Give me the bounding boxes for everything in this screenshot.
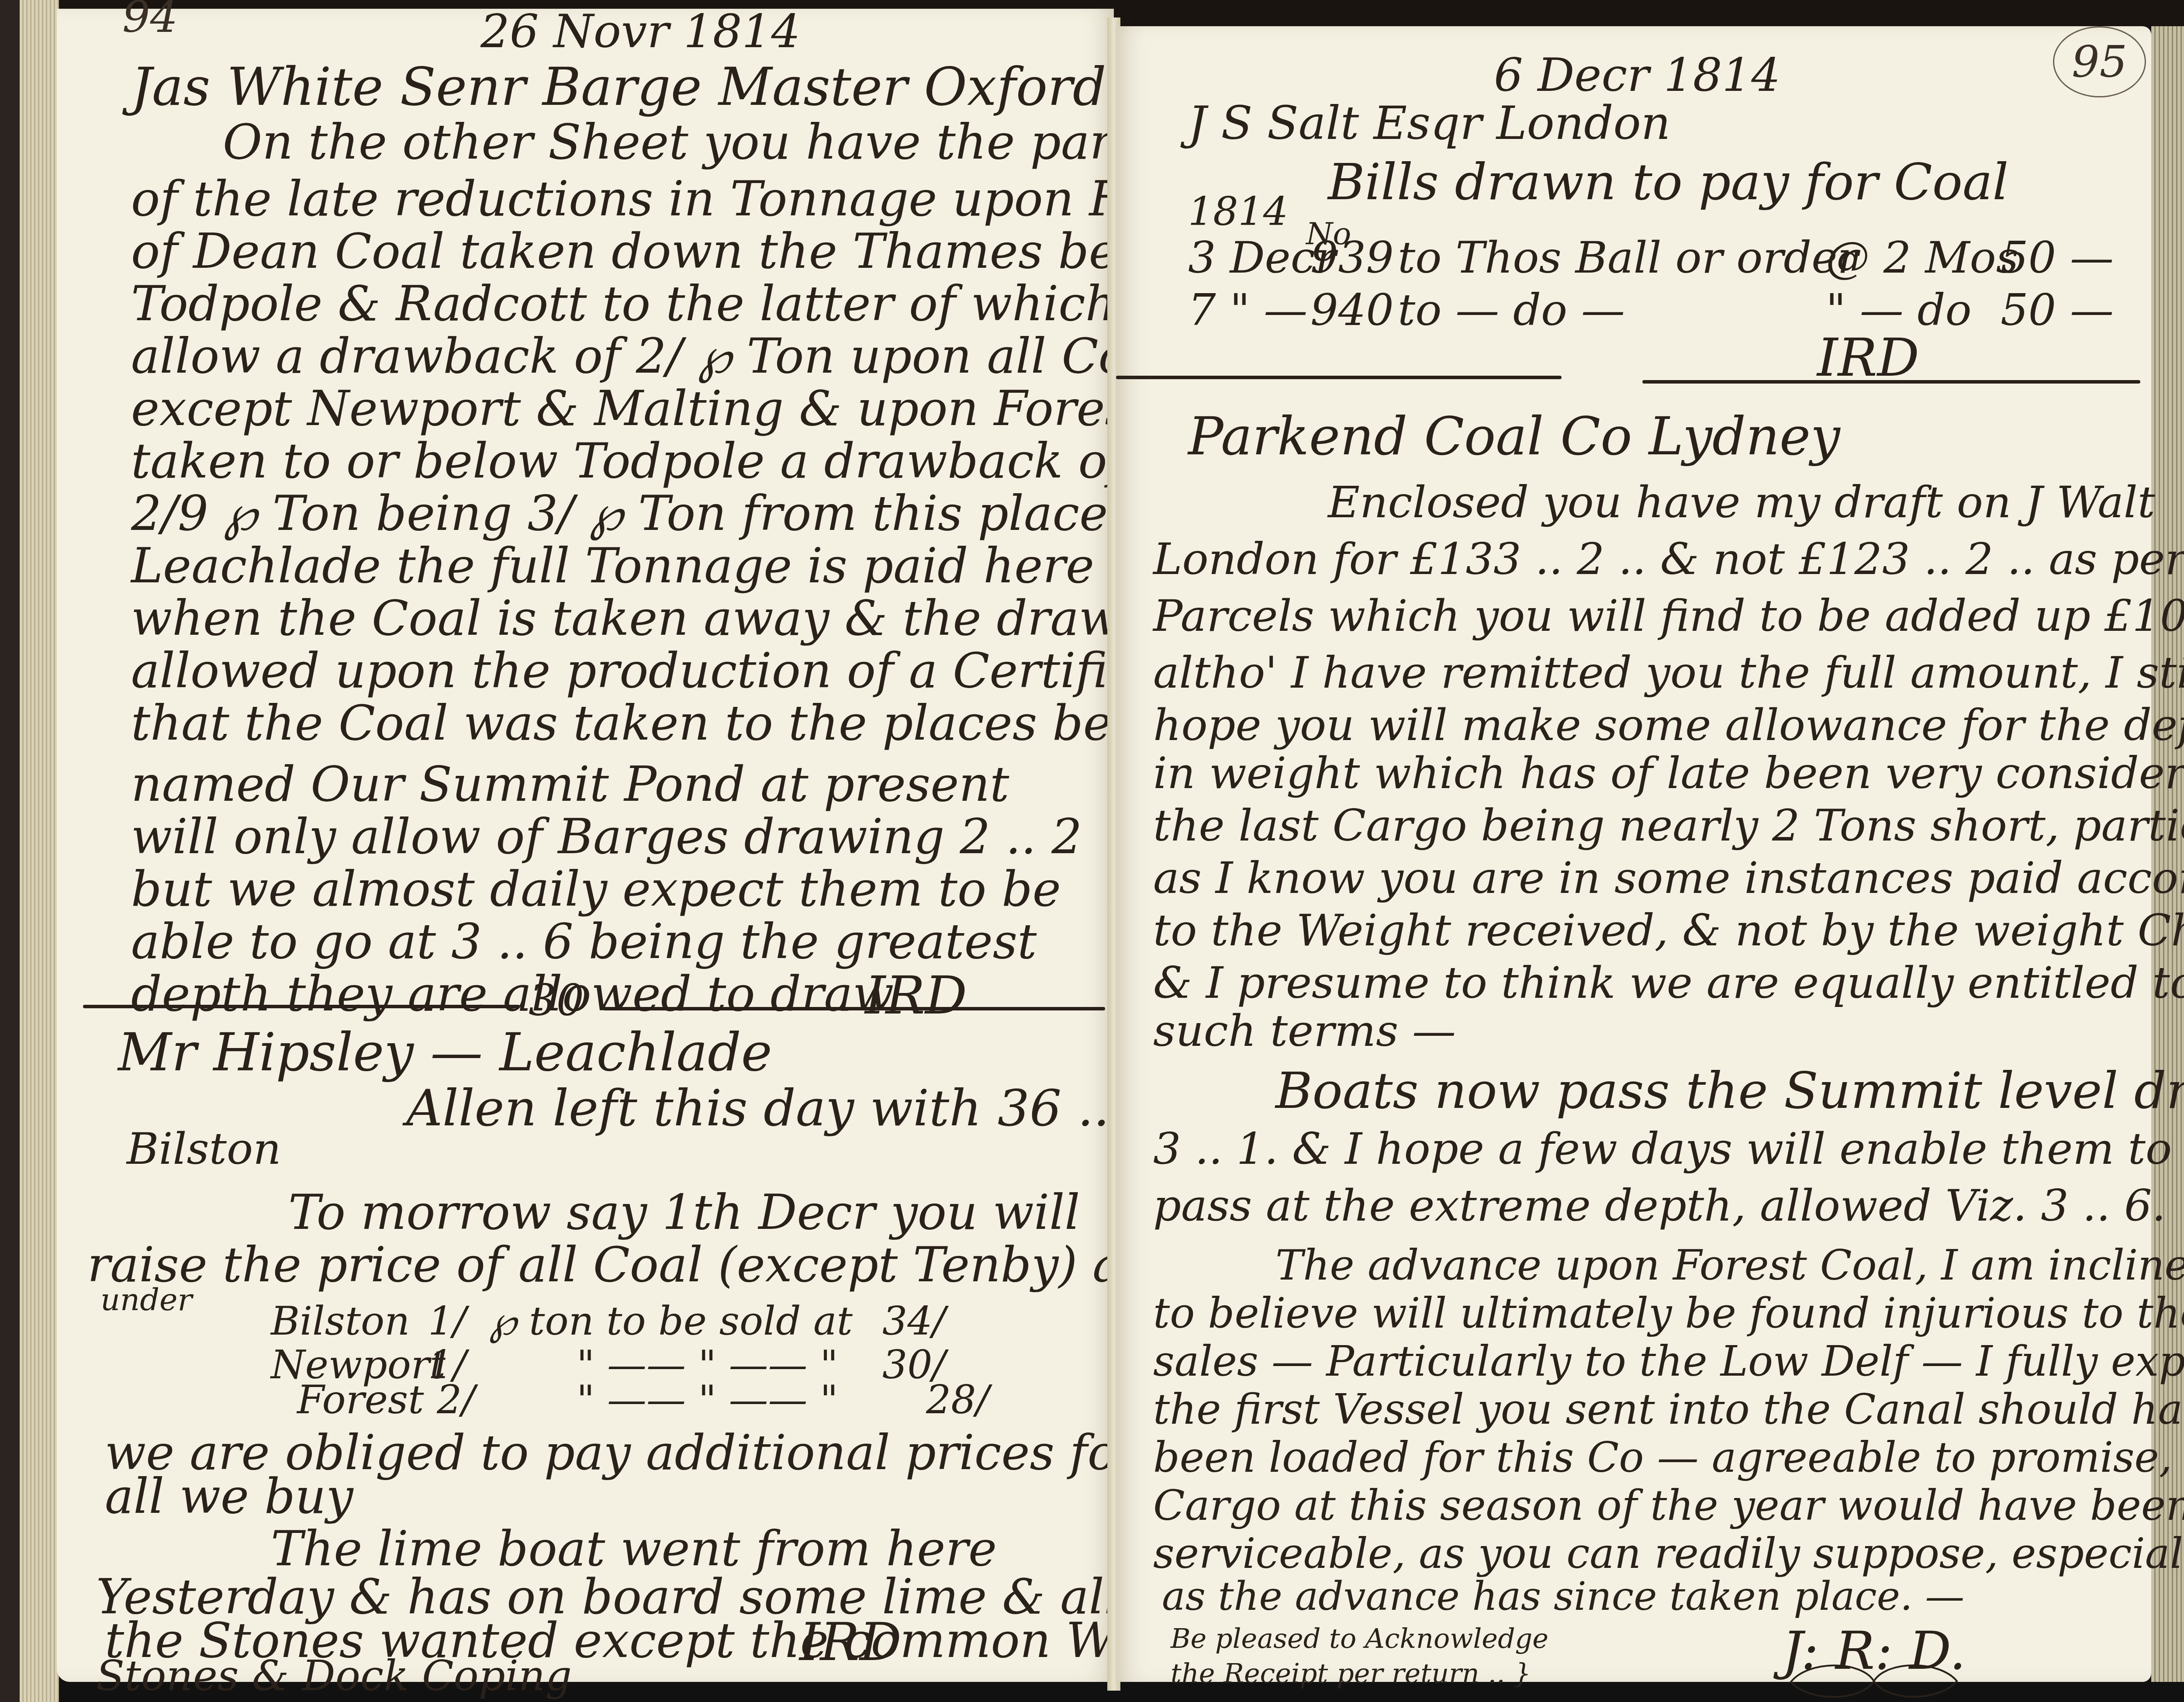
- body-line: 3 .. 1. & I hope a few days will enable …: [1153, 1127, 2172, 1171]
- signature: IRD: [865, 970, 967, 1022]
- divider-rule: [1116, 376, 1562, 379]
- body-line: altho' I have remitted you the full amou…: [1153, 651, 2184, 695]
- body-line: Enclosed you have my draft on J Walt: [1328, 481, 2155, 524]
- page-number-left: 94: [122, 0, 178, 42]
- letter-addressee: J S Salt Esqr London: [1188, 100, 1670, 146]
- body-line: in weight which has of late been very co…: [1153, 751, 2184, 795]
- body-line: allowed upon the production of a Certifi…: [131, 647, 1211, 695]
- postscript-line: the Receipt per return .. }: [1171, 1660, 1531, 1687]
- body-line: Leachlade the full Tonnage is paid here: [131, 542, 1094, 590]
- price: 34/: [882, 1302, 946, 1341]
- bills-heading: Bills drawn to pay for Coal: [1328, 157, 2008, 208]
- body-line: serviceable, as you can readily suppose,…: [1153, 1533, 2184, 1575]
- body-line: to the Weight received, & not by the wei…: [1153, 909, 2184, 952]
- left-binding: [0, 0, 20, 1702]
- margin-note: Bilston: [127, 1127, 281, 1171]
- divider-rule: [83, 1005, 520, 1008]
- letter-date: 6 Decr 1814: [1494, 52, 1780, 98]
- body-line: taken to or below Todpole a drawback of: [131, 437, 1125, 485]
- bill-amount: 50 —: [2001, 236, 2114, 280]
- left-page-edges: [0, 0, 59, 1702]
- per-note: " —— " —— ": [577, 1380, 838, 1420]
- letter-date: 26 Novr 1814: [480, 9, 800, 55]
- body-line: under: [100, 1284, 192, 1315]
- divider-rule: [1642, 380, 2140, 384]
- page-number-right: 95: [2053, 26, 2146, 97]
- raise-amount: 2/: [437, 1380, 475, 1420]
- body-line: of Dean Coal taken down the Thames below: [131, 227, 1203, 275]
- per-note: ℘ ton to be sold at: [489, 1302, 853, 1341]
- bill-number: 939: [1310, 236, 1394, 280]
- body-line: hope you will make some allowance for th…: [1153, 703, 2184, 747]
- body-line: pass at the extreme depth, allowed Viz. …: [1153, 1184, 2166, 1228]
- body-line: The advance upon Forest Coal, I am incli…: [1275, 1245, 2184, 1287]
- bill-number: 940: [1310, 288, 1394, 332]
- letter-addressee: Parkend Coal Co Lydney: [1188, 411, 1840, 463]
- signature: IRD: [799, 1616, 902, 1669]
- body-line: to believe will ultimately be found inju…: [1153, 1293, 2184, 1335]
- body-line: & I presume to think we are equally enti…: [1153, 961, 2184, 1005]
- body-line: as the advance has since taken place. —: [1162, 1577, 1964, 1616]
- body-line: able to go at 3 .. 6 being the greatest: [131, 917, 1037, 965]
- body-line: the last Cargo being nearly 2 Tons short…: [1153, 804, 2184, 848]
- bill-term: " — do: [1826, 288, 1972, 332]
- body-line: been loaded for this Co — agreeable to p…: [1153, 1437, 2184, 1479]
- body-line: Cargo at this season of the year would h…: [1153, 1485, 2184, 1527]
- divider-rule: [603, 1007, 1105, 1010]
- body-line: raise the price of all Coal (except Tenb…: [87, 1241, 1146, 1289]
- signature-flourish-icon: [1782, 1660, 1966, 1702]
- body-line: Stones & Dock Coping: [96, 1656, 572, 1697]
- divider-date: 30: [529, 979, 584, 1022]
- postscript-line: Be pleased to Acknowledge: [1171, 1625, 1548, 1652]
- coal-type: Forest: [297, 1380, 424, 1420]
- coal-type: Bilston: [271, 1302, 410, 1341]
- body-line: Boats now pass the Summit level drawing: [1275, 1066, 2184, 1116]
- body-line: that the Coal was taken to the places be…: [131, 699, 1209, 747]
- body-line: 2/9 ℘ Ton being 3/ ℘ Ton from this place…: [131, 489, 1171, 537]
- body-line: depth they are allowed to draw: [131, 970, 894, 1018]
- price: 28/: [926, 1380, 989, 1420]
- bill-payee: to — do —: [1398, 288, 1625, 332]
- body-line: named Our Summit Pond at present: [131, 760, 1009, 808]
- body-line: the first Vessel you sent into the Canal…: [1153, 1389, 2184, 1431]
- body-line: all we buy: [105, 1472, 353, 1520]
- body-line: sales — Particularly to the Low Delf — I…: [1153, 1341, 2184, 1383]
- bills-year: 1814: [1188, 192, 1288, 232]
- body-line: To morrow say 1th Decr you will: [288, 1188, 1080, 1236]
- bill-term: @ 2 Mos: [1826, 236, 2018, 280]
- letter-addressee: Jas White Senr Barge Master Oxford: [131, 61, 1106, 114]
- allen-line: Allen left this day with 36 .. 5: [406, 1083, 1158, 1134]
- body-line: London for £133 .. 2 .. & not £123 .. 2 …: [1153, 537, 2184, 581]
- raise-amount: 1/: [428, 1302, 467, 1341]
- body-line: Parcels which you will find to be added …: [1153, 594, 2184, 638]
- body-line: except Newport & Malting & upon Forest C…: [131, 384, 1274, 432]
- body-line: such terms —: [1153, 1009, 1456, 1053]
- letter-addressee: Mr Hipsley — Leachlade: [118, 1027, 772, 1079]
- body-line: of the late reductions in Tonnage upon F…: [131, 175, 1244, 223]
- body-line: when the Coal is taken away & the drawba…: [131, 594, 1236, 642]
- body-line: The lime boat went from here: [271, 1525, 997, 1573]
- bill-date: 7 " —: [1188, 288, 1307, 332]
- signature: IRD: [1817, 332, 1919, 384]
- bill-payee: to Thos Ball or order: [1398, 236, 1858, 280]
- body-line: allow a drawback of 2/ ℘ Ton upon all Co…: [131, 332, 1171, 380]
- bill-amount: 50 —: [2001, 288, 2114, 332]
- body-line: as I know you are in some instances paid…: [1153, 856, 2184, 900]
- body-line: but we almost daily expect them to be: [131, 865, 1061, 913]
- body-line: will only allow of Barges drawing 2 .. 2: [131, 813, 1082, 861]
